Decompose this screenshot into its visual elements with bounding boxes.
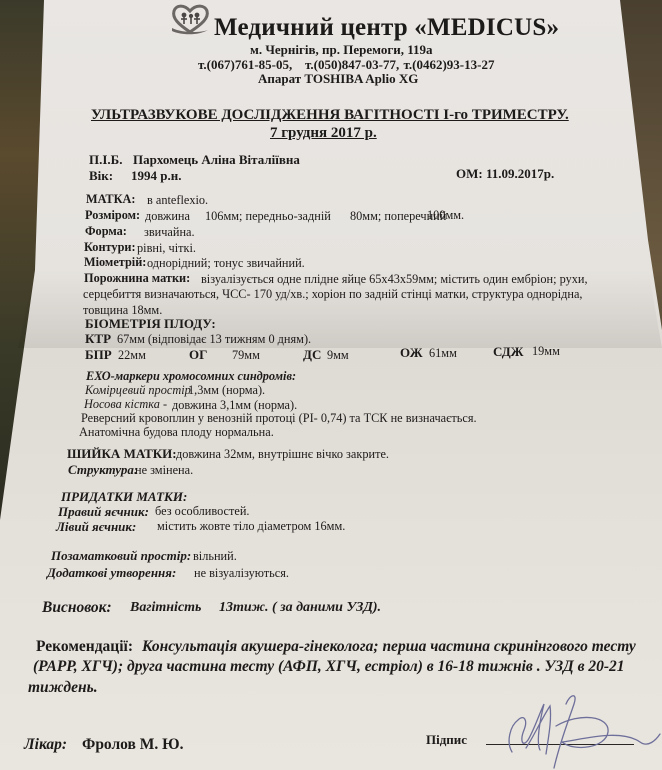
left-ovary-label: Лівий яєчник: <box>56 519 136 535</box>
phone-2: т.(050)847-03-77, <box>305 57 399 72</box>
lmp-label: ОМ: <box>456 166 483 182</box>
myometrium: однорідний; тонус звичайний. <box>147 256 305 271</box>
uterus-position: в anteflexio. <box>147 193 208 208</box>
uterus-shape: звичайна. <box>144 225 195 240</box>
cervix-structure: не змінена. <box>135 463 193 478</box>
uterus-size-label: Розміром: <box>85 208 140 223</box>
phone-3: т.(0462)93-13-27 <box>403 57 494 72</box>
uterus-shape-label: Форма: <box>85 224 127 239</box>
patient-age-label: Вік: <box>89 168 113 184</box>
cervix-structure-label: Структура: <box>68 462 138 478</box>
nuchal-translucency-label: Комірцевий простір <box>85 383 191 398</box>
report-title: УЛЬТРАЗВУКОВЕ ДОСЛІДЖЕННЯ ВАГІТНОСТІ І-г… <box>91 107 569 124</box>
patient-name: Пархомець Аліна Віталіївна <box>133 152 300 168</box>
crl-value: 67мм (відповідає 13 тижням 0 дням). <box>117 332 311 347</box>
recommendations-line-1: Консультація акушера-гінеколога; перша ч… <box>142 638 636 656</box>
cervix-value: довжина 32мм, внутрішнє вічко закрите. <box>176 447 389 462</box>
hc-label: ОГ <box>189 347 207 363</box>
adnexa-title: ПРИДАТКИ МАТКИ: <box>61 489 187 505</box>
bpd-value: 22мм <box>118 348 146 363</box>
organization-address: м. Чернігів, пр. Перемоги, 119а <box>250 42 433 58</box>
lmp-date: 11.09.2017р. <box>486 166 554 182</box>
family-heart-hands-logo-icon <box>168 2 212 38</box>
right-ovary-label: Правий яєчник: <box>58 504 149 520</box>
recommendations-line-3: тиждень. <box>28 679 98 697</box>
markers-title: ЕХО-маркери хромосомних синдромів: <box>86 369 296 384</box>
additional-findings: не візуалізуються. <box>194 566 289 581</box>
fl-label: ДС <box>303 347 321 363</box>
recommendations-label: Рекомендації: <box>36 638 133 656</box>
conclusion-label: Висновок: <box>42 599 112 617</box>
phone-1: т.(067)761-85-05, <box>198 57 292 72</box>
ultrasound-device: Апарат TOSHIBA Aplio XG <box>258 71 418 87</box>
uterus-size-length-label: довжина <box>145 209 190 224</box>
uterine-cavity-line-2: серцебиття визначаються, ЧСС- 170 уд/хв.… <box>83 287 582 302</box>
nasal-bone-label: Носова кістка - <box>84 397 167 412</box>
left-ovary: містить жовте тіло діаметром 16мм. <box>157 519 345 534</box>
signature-label: Підпис <box>426 732 467 748</box>
uterus-contours: рівні, чіткі. <box>137 241 196 256</box>
uterus-size-transverse-value: 100мм. <box>427 208 464 223</box>
ductus-venosus: Реверсний кровоплин у венозній протоці (… <box>81 411 477 426</box>
hc-value: 79мм <box>232 348 260 363</box>
organization-name: Медичний центр «MEDICUS» <box>214 14 559 42</box>
patient-age: 1994 р.н. <box>131 168 181 184</box>
mad-value: 19мм <box>532 344 560 359</box>
crl-label: КТР <box>85 331 111 347</box>
fl-value: 9мм <box>327 348 349 363</box>
ac-value: 61мм <box>429 346 457 361</box>
additional-findings-label: Додаткові утворення: <box>47 565 176 581</box>
uterus-label: МАТКА: <box>86 192 136 207</box>
conclusion-value: Вагітність 13тиж. ( за даними УЗД). <box>130 600 381 616</box>
biometry-title: БІОМЕТРІЯ ПЛОДУ: <box>85 316 216 332</box>
ac-label: ОЖ <box>400 345 423 361</box>
uterus-contours-label: Контури: <box>84 240 136 255</box>
report-date: 7 грудня 2017 р. <box>270 125 377 142</box>
fetal-anatomy: Анатомічна будова плоду нормальна. <box>79 425 274 440</box>
doctor-name: Фролов М. Ю. <box>82 736 184 754</box>
right-ovary: без особливостей. <box>155 504 249 519</box>
doctor-label: Лікар: <box>24 736 67 754</box>
uterus-size-ap: 106мм; передньо-задній <box>205 209 331 224</box>
myometrium-label: Міометрій: <box>84 255 146 270</box>
uterine-cavity-label: Порожнина матки: <box>84 271 190 286</box>
uterine-cavity-line-1: візуалізується одне плідне яйце 65x43x59… <box>201 272 588 287</box>
nuchal-translucency-value: 1,3мм (норма). <box>188 383 265 398</box>
handwritten-signature <box>470 690 662 770</box>
recommendations-line-2: (PAPP, ХГЧ); друга частина тесту (АФП, Х… <box>33 658 625 676</box>
mad-label: СДЖ <box>493 344 524 360</box>
cervix-label: ШИЙКА МАТКИ: <box>67 446 177 462</box>
retrouterine-space-label: Позаматковий простір: <box>51 548 191 564</box>
patient-name-label: П.І.Б. <box>89 152 123 168</box>
retrouterine-space: вільний. <box>193 549 237 564</box>
bpd-label: БПР <box>85 347 112 363</box>
